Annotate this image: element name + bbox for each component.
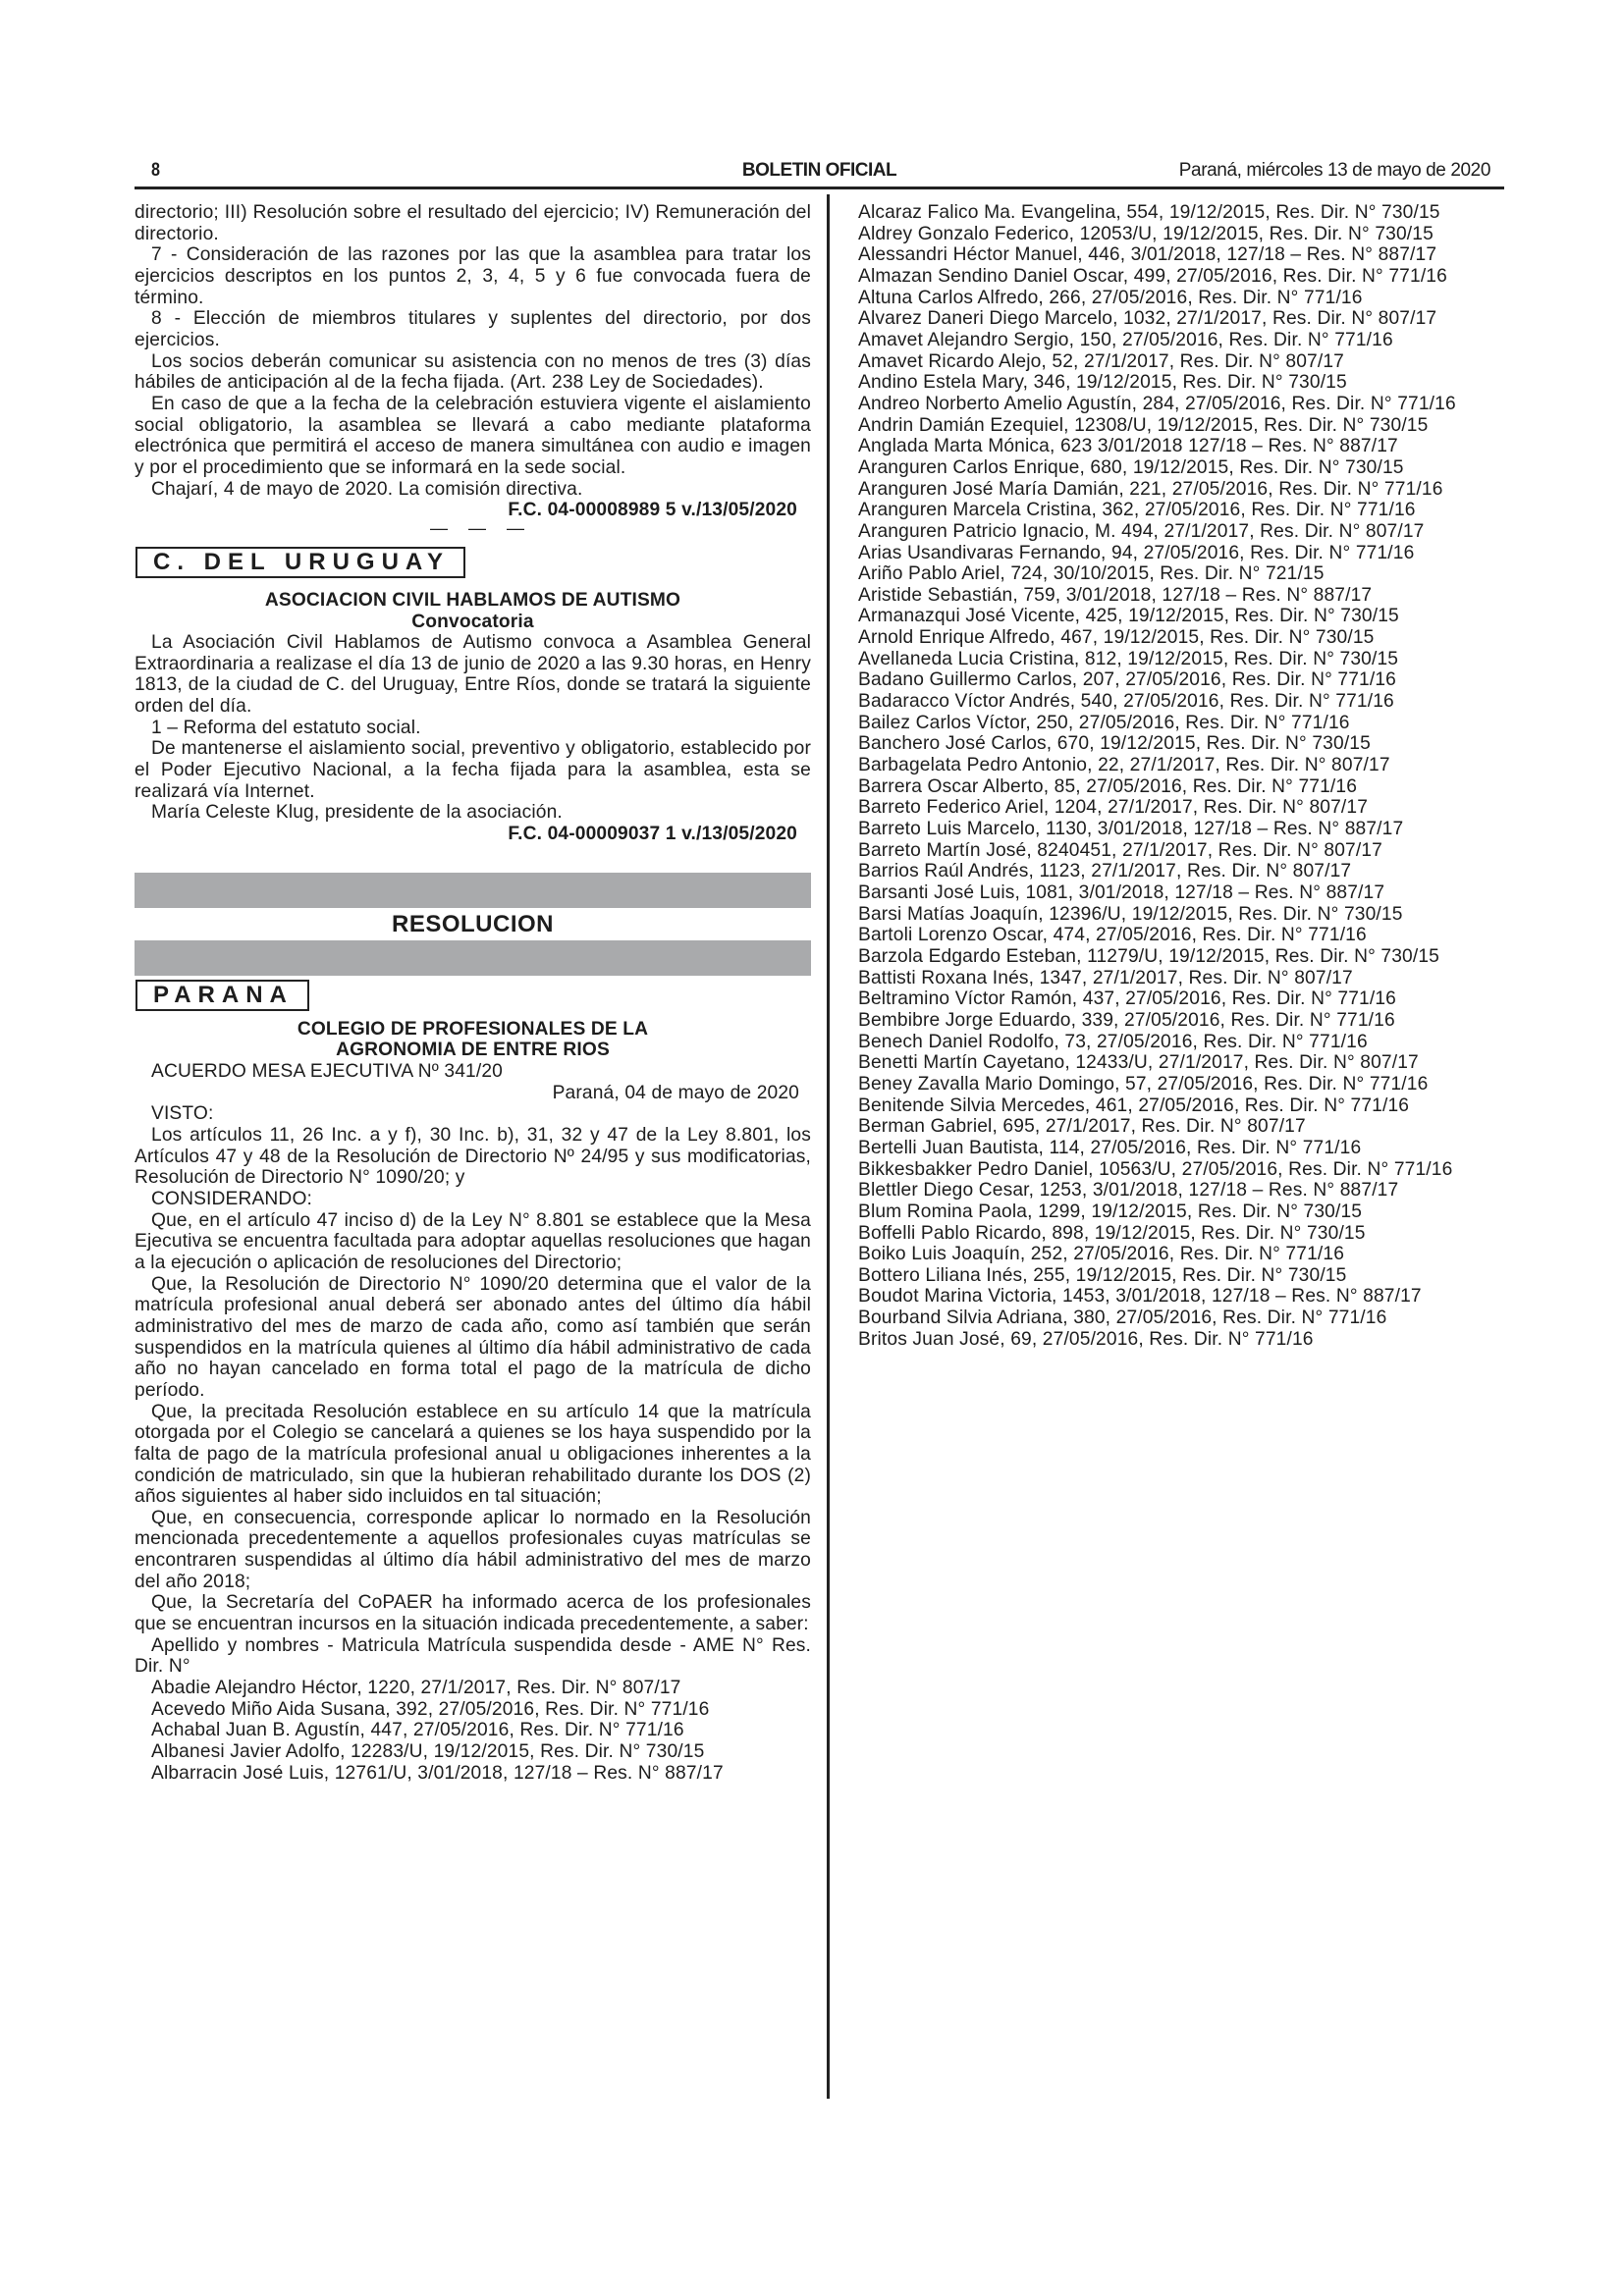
notice-paragraph: 1 – Reforma del estatuto social.	[135, 718, 811, 739]
list-item: Barbagelata Pedro Antonio, 22, 27/1/2017…	[841, 755, 1501, 776]
list-item: Barsi Matías Joaquín, 12396/U, 19/12/201…	[841, 904, 1501, 926]
notice-org-title: COLEGIO DE PROFESIONALES DE LA	[135, 1019, 811, 1041]
list-item: Achabal Juan B. Agustín, 447, 27/05/2016…	[135, 1720, 811, 1741]
notice-hablamos-autismo: ASOCIACION CIVIL HABLAMOS DE AUTISMO Con…	[135, 590, 811, 845]
list-item: Benetti Martín Cayetano, 12433/U, 27/1/2…	[841, 1052, 1501, 1074]
place-date: Paraná, 04 de mayo de 2020	[135, 1083, 811, 1104]
notice-reference: F.C. 04-00009037 1 v./13/05/2020	[135, 824, 811, 845]
notice-org-title: ASOCIACION CIVIL HABLAMOS DE AUTISMO	[135, 590, 811, 612]
list-item: Beney Zavalla Mario Domingo, 57, 27/05/2…	[841, 1074, 1501, 1095]
list-item: Britos Juan José, 69, 27/05/2016, Res. D…	[841, 1329, 1501, 1351]
list-item: Almazan Sendino Daniel Oscar, 499, 27/05…	[841, 266, 1501, 288]
list-item: Ariño Pablo Ariel, 724, 30/10/2015, Res.…	[841, 563, 1501, 585]
list-header: Apellido y nombres - Matricula Matrícula…	[135, 1635, 811, 1678]
list-item: Battisti Roxana Inés, 1347, 27/1/2017, R…	[841, 968, 1501, 989]
list-item: Abadie Alejandro Héctor, 1220, 27/1/2017…	[135, 1678, 811, 1699]
list-item: Badaracco Víctor Andrés, 540, 27/05/2016…	[841, 691, 1501, 713]
list-item: Bikkesbakker Pedro Daniel, 10563/U, 27/0…	[841, 1159, 1501, 1181]
list-item: Aranguren José María Damián, 221, 27/05/…	[841, 479, 1501, 501]
list-item: Andino Estela Mary, 346, 19/12/2015, Res…	[841, 372, 1501, 394]
list-item: Boiko Luis Joaquín, 252, 27/05/2016, Res…	[841, 1244, 1501, 1265]
column-divider	[827, 194, 830, 2099]
notice-paragraph: 8 - Elección de miembros titulares y sup…	[135, 308, 811, 350]
visto-text: Los artículos 11, 26 Inc. a y f), 30 Inc…	[135, 1125, 811, 1189]
list-item: Barreto Luis Marcelo, 1130, 3/01/2018, 1…	[841, 819, 1501, 840]
notice-paragraph: De mantenerse el aislamiento social, pre…	[135, 738, 811, 802]
list-item: Acevedo Miño Aida Susana, 392, 27/05/201…	[135, 1699, 811, 1721]
list-item: Boffelli Pablo Ricardo, 898, 19/12/2015,…	[841, 1223, 1501, 1245]
notice-paragraph: En caso de que a la fecha de la celebrac…	[135, 394, 811, 479]
page-header: 8 BOLETIN OFICIAL Paraná, miércoles 13 d…	[135, 160, 1504, 186]
list-item: Alcaraz Falico Ma. Evangelina, 554, 19/1…	[841, 202, 1501, 224]
list-item: Berman Gabriel, 695, 27/1/2017, Res. Dir…	[841, 1116, 1501, 1138]
notice-separator: — — —	[135, 521, 811, 535]
list-item: Andrin Damián Ezequiel, 12308/U, 19/12/2…	[841, 415, 1501, 437]
right-column: Alcaraz Falico Ma. Evangelina, 554, 19/1…	[841, 202, 1501, 1350]
notice-org-title: AGRONOMIA DE ENTRE RIOS	[135, 1040, 811, 1061]
list-item: Bartoli Lorenzo Oscar, 474, 27/05/2016, …	[841, 925, 1501, 946]
notice-paragraph: Los socios deberán comunicar su asistenc…	[135, 351, 811, 394]
resolucion-band-bottom	[135, 940, 811, 976]
list-item: Aranguren Marcela Cristina, 362, 27/05/2…	[841, 500, 1501, 521]
list-item: Albanesi Javier Adolfo, 12283/U, 19/12/2…	[135, 1741, 811, 1763]
list-item: Barrera Oscar Alberto, 85, 27/05/2016, R…	[841, 776, 1501, 798]
list-item: Benech Daniel Rodolfo, 73, 27/05/2016, R…	[841, 1032, 1501, 1053]
notice-paragraph: directorio; III) Resolución sobre el res…	[135, 202, 811, 244]
list-item: Blum Romina Paola, 1299, 19/12/2015, Res…	[841, 1201, 1501, 1223]
list-item: Avellaneda Lucia Cristina, 812, 19/12/20…	[841, 649, 1501, 670]
acuerdo-number: ACUERDO MESA EJECUTIVA Nº 341/20	[135, 1061, 811, 1083]
list-item: Bottero Liliana Inés, 255, 19/12/2015, R…	[841, 1265, 1501, 1287]
list-item: Armanazqui José Vicente, 425, 19/12/2015…	[841, 606, 1501, 627]
left-column: directorio; III) Resolución sobre el res…	[135, 202, 811, 1784]
section-heading-uruguay-wrap: C. DEL URUGUAY	[135, 547, 811, 578]
suspended-members-list: Alcaraz Falico Ma. Evangelina, 554, 19/1…	[841, 202, 1501, 1350]
list-item: Badano Guillermo Carlos, 207, 27/05/2016…	[841, 669, 1501, 691]
list-item: Bembibre Jorge Eduardo, 339, 27/05/2016,…	[841, 1010, 1501, 1032]
list-item: Amavet Ricardo Alejo, 52, 27/1/2017, Res…	[841, 351, 1501, 373]
notice-paragraph: La Asociación Civil Hablamos de Autismo …	[135, 632, 811, 718]
issue-date: Paraná, miércoles 13 de mayo de 2020	[1179, 160, 1490, 182]
notice-signature: Chajarí, 4 de mayo de 2020. La comisión …	[135, 479, 811, 501]
section-heading-parana: PARANA	[135, 980, 309, 1011]
list-item: Aristide Sebastián, 759, 3/01/2018, 127/…	[841, 585, 1501, 607]
list-item: Bailez Carlos Víctor, 250, 27/05/2016, R…	[841, 713, 1501, 734]
list-item: Benitende Silvia Mercedes, 461, 27/05/20…	[841, 1095, 1501, 1117]
considerando-paragraph: Que, en consecuencia, corresponde aplica…	[135, 1508, 811, 1593]
list-item: Aranguren Patricio Ignacio, M. 494, 27/1…	[841, 521, 1501, 543]
considerando-label: CONSIDERANDO:	[135, 1189, 811, 1210]
list-item: Boudot Marina Victoria, 1453, 3/01/2018,…	[841, 1286, 1501, 1308]
list-item: Aranguren Carlos Enrique, 680, 19/12/201…	[841, 457, 1501, 479]
list-item: Banchero José Carlos, 670, 19/12/2015, R…	[841, 733, 1501, 755]
visto-label: VISTO:	[135, 1103, 811, 1125]
list-item: Beltramino Víctor Ramón, 437, 27/05/2016…	[841, 988, 1501, 1010]
considerando-paragraph: Que, la precitada Resolución establece e…	[135, 1402, 811, 1508]
list-item: Amavet Alejandro Sergio, 150, 27/05/2016…	[841, 330, 1501, 351]
section-heading-uruguay: C. DEL URUGUAY	[135, 547, 465, 578]
list-item: Barrios Raúl Andrés, 1123, 27/1/2017, Re…	[841, 861, 1501, 882]
considerando-paragraph: Que, la Resolución de Directorio N° 1090…	[135, 1274, 811, 1402]
list-item: Barzola Edgardo Esteban, 11279/U, 19/12/…	[841, 946, 1501, 968]
list-item: Blettler Diego Cesar, 1253, 3/01/2018, 1…	[841, 1180, 1501, 1201]
list-item: Barreto Federico Ariel, 1204, 27/1/2017,…	[841, 797, 1501, 819]
notice-copaer-resolution: COLEGIO DE PROFESIONALES DE LA AGRONOMIA…	[135, 1019, 811, 1785]
notice-signature: María Celeste Klug, presidente de la aso…	[135, 802, 811, 824]
list-item: Alessandri Héctor Manuel, 446, 3/01/2018…	[841, 244, 1501, 266]
list-item: Arnold Enrique Alfredo, 467, 19/12/2015,…	[841, 627, 1501, 649]
list-item: Barsanti José Luis, 1081, 3/01/2018, 127…	[841, 882, 1501, 904]
resolucion-band-top	[135, 873, 811, 908]
list-item: Andreo Norberto Amelio Agustín, 284, 27/…	[841, 394, 1501, 415]
list-item: Bertelli Juan Bautista, 114, 27/05/2016,…	[841, 1138, 1501, 1159]
list-item: Arias Usandivaras Fernando, 94, 27/05/20…	[841, 543, 1501, 564]
considerando-paragraph: Que, en el artículo 47 inciso d) de la L…	[135, 1210, 811, 1274]
notice-subtitle: Convocatoria	[135, 612, 811, 633]
list-item: Altuna Carlos Alfredo, 266, 27/05/2016, …	[841, 288, 1501, 309]
resolucion-title: RESOLUCION	[135, 908, 811, 940]
notice-chajari: directorio; III) Resolución sobre el res…	[135, 202, 811, 535]
list-item: Albarracin José Luis, 12761/U, 3/01/2018…	[135, 1763, 811, 1785]
list-item: Anglada Marta Mónica, 623 3/01/2018 127/…	[841, 436, 1501, 457]
considerando-paragraph: Que, la Secretaría del CoPAER ha informa…	[135, 1592, 811, 1634]
notice-paragraph: 7 - Consideración de las razones por las…	[135, 244, 811, 308]
list-item: Bourband Silvia Adriana, 380, 27/05/2016…	[841, 1308, 1501, 1329]
section-heading-parana-wrap: PARANA	[135, 980, 811, 1009]
list-item: Alvarez Daneri Diego Marcelo, 1032, 27/1…	[841, 308, 1501, 330]
list-item: Aldrey Gonzalo Federico, 12053/U, 19/12/…	[841, 224, 1501, 245]
list-item: Barreto Martín José, 8240451, 27/1/2017,…	[841, 840, 1501, 862]
header-rule	[135, 187, 1504, 189]
